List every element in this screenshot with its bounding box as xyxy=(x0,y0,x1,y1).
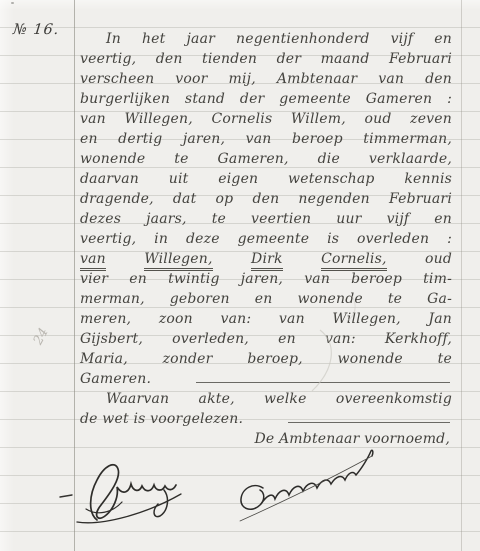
document-scan: № 16. 24 In het jaar negentienhonderd vi… xyxy=(0,0,480,551)
signature-leading-dash xyxy=(60,495,72,497)
signatures-layer xyxy=(0,0,480,551)
declarant-signature xyxy=(91,465,176,520)
declarant-signature-descender xyxy=(154,490,167,517)
registrar-signature xyxy=(241,486,264,510)
pencil-scribble-small xyxy=(347,296,355,321)
registrar-signature-flourish xyxy=(240,456,372,521)
registrar-signature-scrawl xyxy=(261,450,373,504)
pencil-scribble xyxy=(312,330,331,391)
